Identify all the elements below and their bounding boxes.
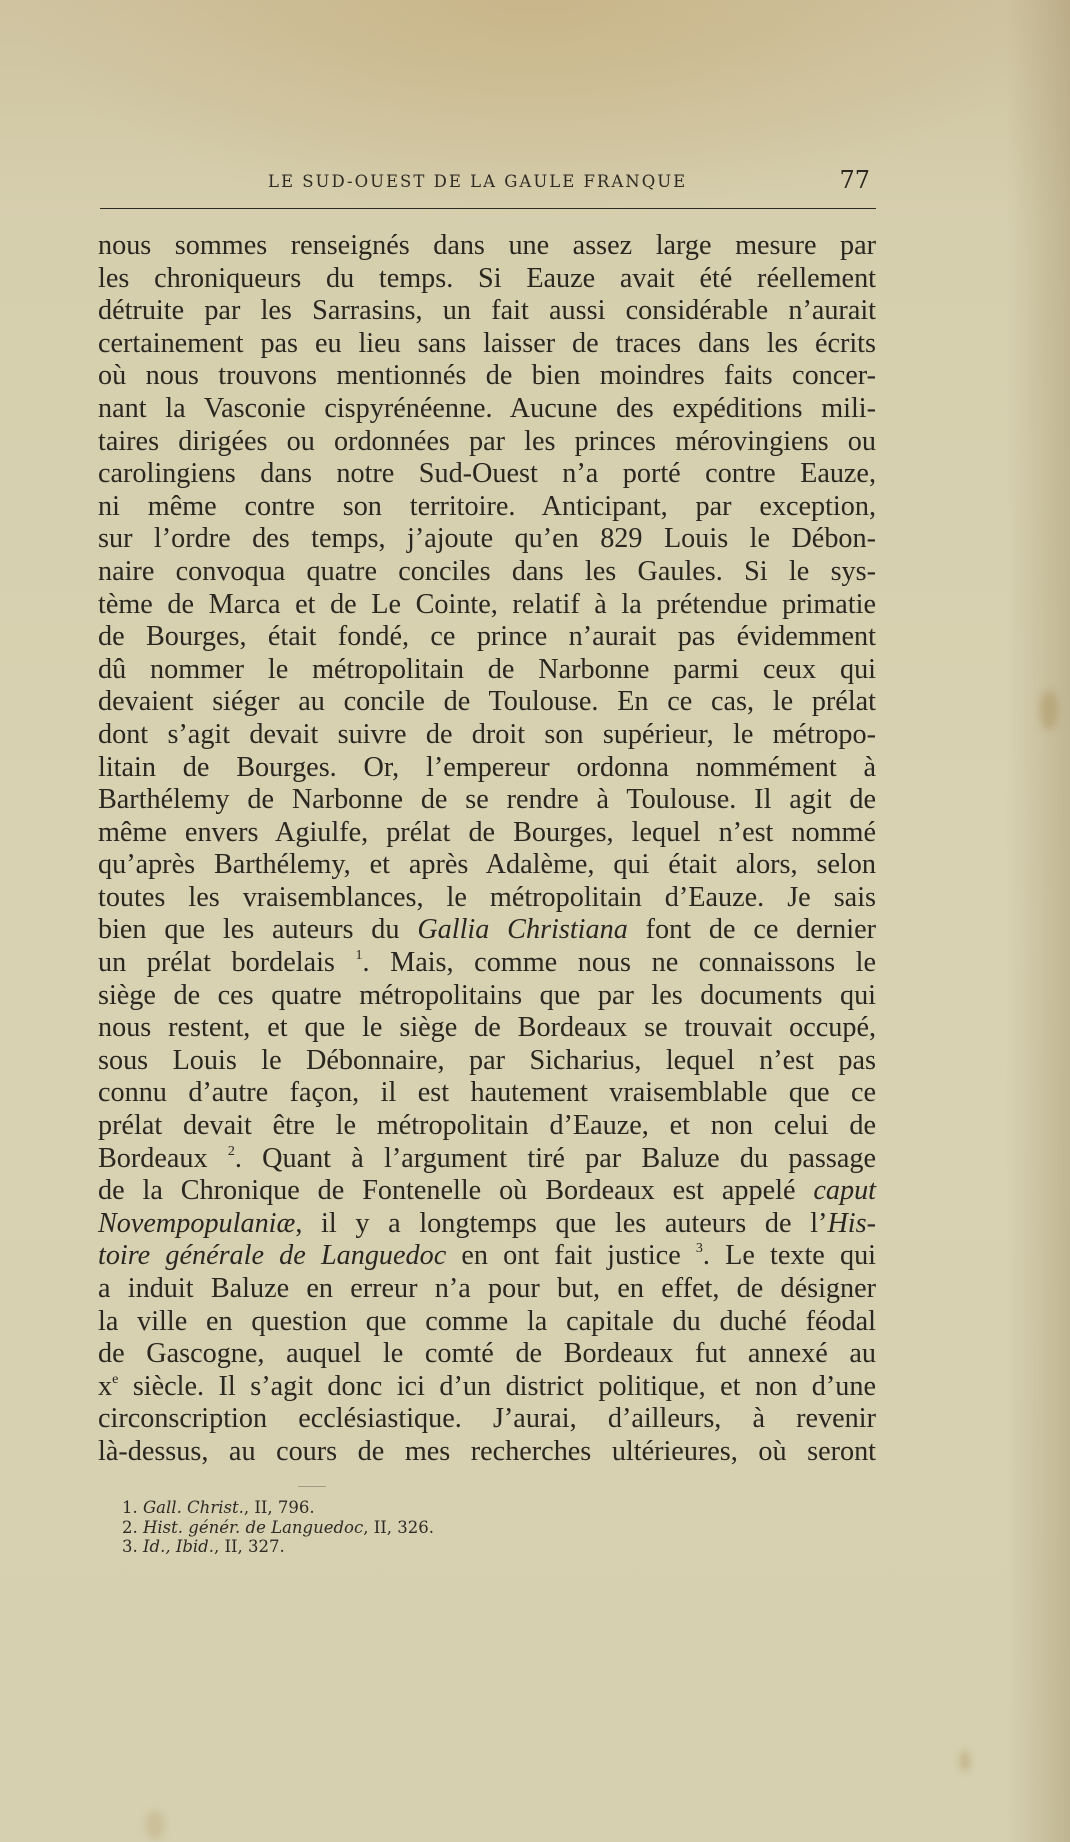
- text-line: devaient siéger au concile de Toulouse. …: [98, 686, 876, 719]
- italic-title: Gallia Christiana: [417, 914, 627, 945]
- body-text: nous sommes renseignés dans une assez la…: [98, 230, 876, 1469]
- text-line: qu’après Barthélemy, et après Adalème, q…: [98, 849, 876, 882]
- italic-term: Novempopulaniæ: [98, 1208, 295, 1239]
- text-line: certainement pas eu lieu sans laisser de…: [98, 328, 876, 361]
- footnote-ref[interactable]: 1: [356, 948, 363, 963]
- footnote-3: 3. Id., Ibid., II, 327.: [122, 1537, 434, 1557]
- text-line: sous Louis le Débonnaire, par Sicharius,…: [98, 1045, 876, 1078]
- footnotes: 1. Gall. Christ., II, 796. 2. Hist. géné…: [122, 1498, 434, 1557]
- text-line: prélat devait être le métropolitain d’Ea…: [98, 1110, 876, 1143]
- text-line: de Gascogne, auquel le comté de Bordeaux…: [98, 1338, 876, 1371]
- text-line: un prélat bordelais 1. Mais, comme nous …: [98, 947, 876, 980]
- italic-title: toire générale de Languedoc: [98, 1240, 446, 1271]
- footnote-ref[interactable]: 3: [696, 1241, 703, 1256]
- text-line: a induit Baluze en erreur n’a pour but, …: [98, 1273, 876, 1306]
- italic-title: His-: [827, 1208, 876, 1239]
- text-line: où nous trouvons mentionnés de bien moin…: [98, 360, 876, 393]
- text-line: dû nommer le métropolitain de Narbonne p…: [98, 654, 876, 687]
- text-line: xe siècle. Il s’agit donc ici d’un distr…: [98, 1371, 876, 1404]
- page-number: 77: [839, 166, 870, 194]
- text-line: Novempopulaniæ, il y a longtemps que les…: [98, 1208, 876, 1241]
- text-line: Barthélemy de Narbonne de se rendre à To…: [98, 784, 876, 817]
- running-title: LE SUD-OUEST DE LA GAULE FRANQUE: [268, 172, 687, 191]
- text-line: toutes les vraisemblances, le métropolit…: [98, 882, 876, 915]
- footnote-2: 2. Hist. génér. de Languedoc, II, 326.: [122, 1518, 434, 1538]
- text-line: siège de ces quatre métropolitains que p…: [98, 980, 876, 1013]
- paper-stain: [145, 1810, 165, 1840]
- header-rule: [100, 208, 876, 209]
- text-line: taires dirigées ou ordonnées par les pri…: [98, 426, 876, 459]
- text-line: connu d’autre façon, il est hautement vr…: [98, 1077, 876, 1110]
- text-line: les chroniqueurs du temps. Si Eauze avai…: [98, 263, 876, 296]
- paper-stain: [960, 1750, 970, 1772]
- text-line: même envers Agiulfe, prélat de Bourges, …: [98, 817, 876, 850]
- paper-stain: [1040, 690, 1058, 730]
- text-line: sur l’ordre des temps, j’ajoute qu’en 82…: [98, 523, 876, 556]
- text-line: Bordeaux 2. Quant à l’argument tiré par …: [98, 1143, 876, 1176]
- text-line: nous sommes renseignés dans une assez la…: [98, 230, 876, 263]
- text-line: dont s’agit devait suivre de droit son s…: [98, 719, 876, 752]
- text-line: de Bourges, était fondé, ce prince n’aur…: [98, 621, 876, 654]
- footnote-rule: [298, 1486, 326, 1487]
- text-line: détruite par les Sarrasins, un fait auss…: [98, 295, 876, 328]
- footnote-1: 1. Gall. Christ., II, 796.: [122, 1498, 434, 1518]
- italic-term: caput: [813, 1175, 876, 1206]
- text-line: nant la Vasconie cispyrénéenne. Aucune d…: [98, 393, 876, 426]
- text-line: là-dessus, au cours de mes recherches ul…: [98, 1436, 876, 1469]
- text-line: circonscription ecclésiastique. J’aurai,…: [98, 1403, 876, 1436]
- text-line: tème de Marca et de Le Cointe, relatif à…: [98, 589, 876, 622]
- text-line: litain de Bourges. Or, l’empereur ordonn…: [98, 752, 876, 785]
- text-line: de la Chronique de Fontenelle où Bordeau…: [98, 1175, 876, 1208]
- running-head: LE SUD-OUEST DE LA GAULE FRANQUE 77: [98, 166, 876, 194]
- footnote-ref[interactable]: 2: [228, 1144, 235, 1159]
- text-line: toire générale de Languedoc en ont fait …: [98, 1240, 876, 1273]
- text-line: nous restent, et que le siège de Bordeau…: [98, 1012, 876, 1045]
- text-line: carolingiens dans notre Sud-Ouest n’a po…: [98, 458, 876, 491]
- text-line: naire convoqua quatre conciles dans les …: [98, 556, 876, 589]
- text-line: bien que les auteurs du Gallia Christian…: [98, 914, 876, 947]
- text-line: la ville en question que comme la capita…: [98, 1306, 876, 1339]
- text-line: ni même contre son territoire. Anticipan…: [98, 491, 876, 524]
